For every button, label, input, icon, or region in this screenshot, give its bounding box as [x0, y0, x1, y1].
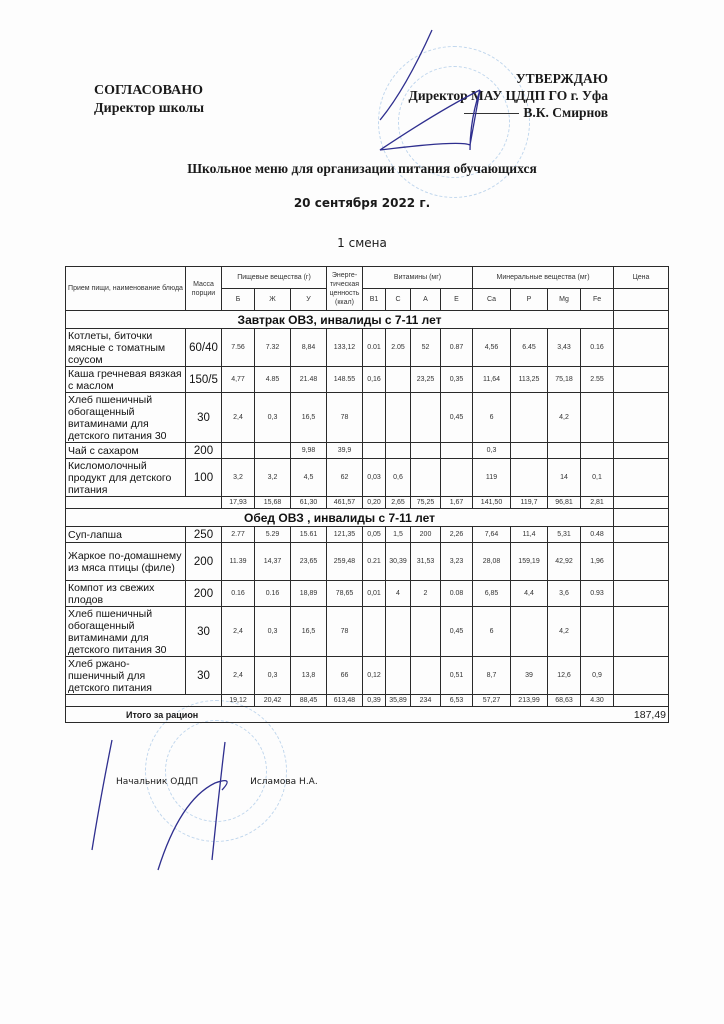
signature-icon: [0, 0, 724, 1024]
